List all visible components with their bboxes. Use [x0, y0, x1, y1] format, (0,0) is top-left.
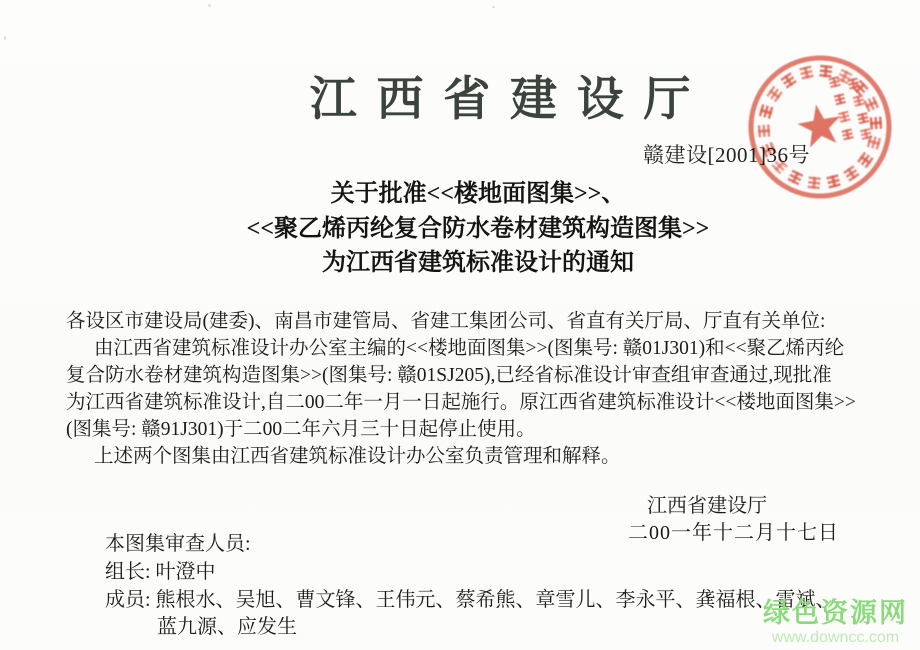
subject-line: <<聚乙烯丙纶复合防水卷材建筑构造图集>> — [18, 212, 920, 247]
reviewers-members-line-1: 成员: 熊根水、吴旭、曹文锋、王伟元、蔡希熊、章雪儿、李永平、龚福根、雷斌、 — [105, 583, 836, 612]
body-line: 复合防水卷材建筑构造图集>>(图集号: 赣01SJ205),已经省标准设计审查组… — [66, 362, 916, 389]
body-text: 各设区市建设局(建委)、南昌市建管局、省建工集团公司、省直有关厅局、厅直有关单位… — [66, 308, 916, 470]
reviewers-heading: 本图集审查人员: — [105, 527, 251, 556]
scan-speck — [492, 6, 495, 8]
scan-speck — [208, 4, 211, 7]
body-line: 由江西省建筑标准设计办公室主编的<<楼地面图集>>(图集号: 赣01J301)和… — [66, 335, 916, 362]
watermark-site-name: 绿色资源网 — [763, 600, 908, 627]
body-line: 上述两个图集由江西省建筑标准设计办公室负责管理和解释。 — [66, 443, 916, 470]
document-page: 江西省建设厅 赣建设[2001]36号 关于批准<<楼地面图集>>、 <<聚乙烯… — [0, 0, 920, 650]
official-seal — [738, 45, 902, 209]
reviewers-leader: 组长: 叶澄中 — [105, 555, 216, 584]
body-line: 为江西省建筑标准设计,自二00二年一月一日起施行。原江西省建筑标准设计<<楼地面… — [66, 389, 916, 416]
subject-line: 为江西省建筑标准设计的通知 — [18, 246, 920, 281]
body-line-recipients: 各设区市建设局(建委)、南昌市建管局、省建工集团公司、省直有关厅局、厅直有关单位… — [66, 308, 916, 335]
reviewers-members-line-2: 蓝九源、应发生 — [157, 610, 297, 639]
star-icon — [795, 101, 845, 149]
signature-date: 二00一年十二月十七日 — [628, 516, 839, 545]
body-line: (图集号: 赣91J301)于二00二年六月三十日起停止使用。 — [66, 416, 916, 443]
watermark-site-url: www.downcc.com — [763, 630, 908, 646]
signature-org: 江西省建设厅 — [647, 489, 767, 518]
site-watermark: 绿色资源网 www.downcc.com — [763, 600, 908, 646]
scan-speck — [4, 36, 6, 40]
